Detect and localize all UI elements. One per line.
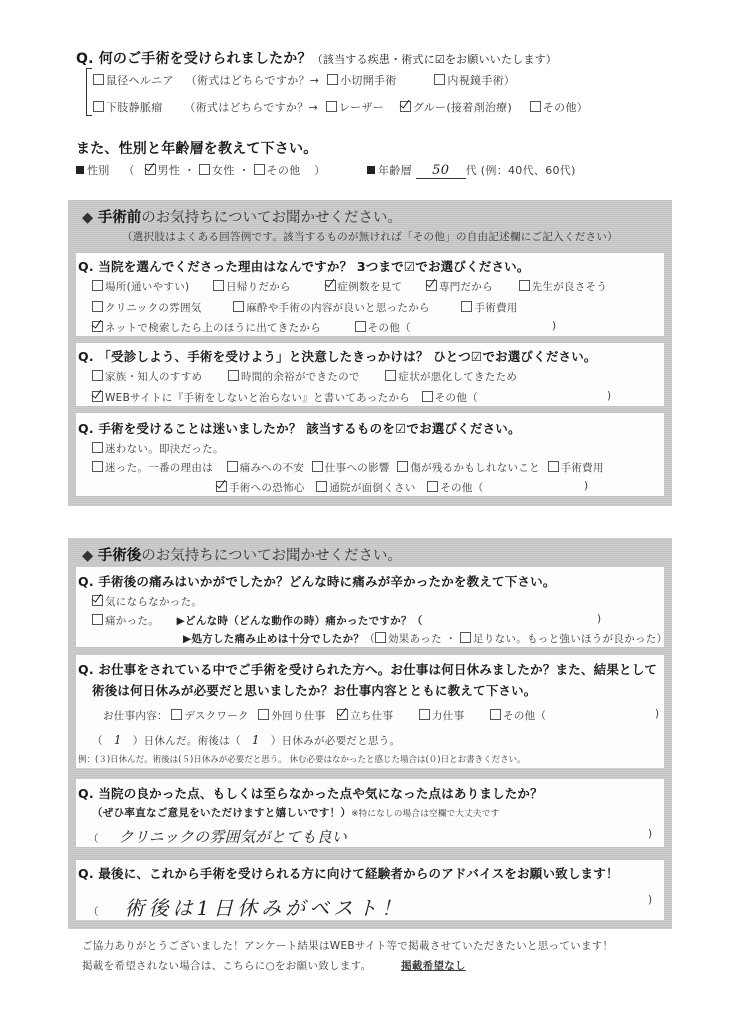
hesitate-cost-label: 手術費用 <box>561 462 604 474</box>
q-pain-row3: ▶処方した痛み止めは十分でしたか？（効果あった ・ 足りない。もっと強いほうが良… <box>183 631 667 646</box>
q1-title-text: Q. 何のご手術を受けられましたか？ <box>76 51 312 67</box>
gender-label: 性別 <box>87 164 110 177</box>
case-count-label: 症例数を見て <box>338 281 403 293</box>
days-open: （ <box>92 735 103 747</box>
hernia-prompt: （術式はどちらですか？→ <box>186 74 320 87</box>
laser-label: レーザー <box>339 101 384 114</box>
q-feedback-title: Q. 当院の良かった点、もしくは至らなかった点や気になった点はありましたか？ <box>78 784 543 802</box>
advice-answer[interactable]: 術後は1日休みがベスト！ <box>124 896 405 920</box>
q-feedback-sub: （ぜひ率直なご意見をいただけますと嬉しいです！）※特になしの場合は空欄で大丈夫で… <box>92 805 499 820</box>
checkbox-male[interactable] <box>145 164 156 175</box>
worsened-label: 症状が悪化してきたため <box>398 371 517 383</box>
checkbox-gender-other[interactable] <box>254 164 265 175</box>
reason-other-close: ) <box>552 320 556 332</box>
q-hesitate-row1: 迷わない。即決だった。 <box>92 441 224 456</box>
anesthesia-label: 麻酔や手術の内容が良いと思ったから <box>246 302 430 314</box>
age-suffix: 代 (例：40代、60代) <box>466 164 576 177</box>
no-publish-option[interactable]: 掲載希望なし <box>401 960 466 972</box>
q-hesitate-title: Q. 手術を受けることは迷いましたか？ 該当するものを☑でお選びください。 <box>78 419 521 437</box>
location-label: 場所(通いやすい) <box>105 281 189 293</box>
checkbox-physical-work[interactable] <box>419 709 430 720</box>
section-after-bold: 手術後 <box>98 548 142 564</box>
checkbox-family[interactable] <box>92 370 103 381</box>
q-work-types: お仕事内容： デスクワーク 外回り仕事 立ち仕事 力仕事 その他（ <box>103 708 546 723</box>
section-after-title: ◆ 手術後のお気持ちについてお聞かせください。 <box>82 544 402 565</box>
q-hesitate-row2: 迷った。一番の理由は 痛みへの不安 仕事への影響 傷が残るかもしれないこと 手術… <box>92 460 604 475</box>
cost-label: 手術費用 <box>474 302 517 314</box>
checkbox-hesitate-other[interactable] <box>427 481 438 492</box>
q-reason-row2: クリニックの雰囲気 麻酔や手術の内容が良いと思ったから 手術費用 <box>92 300 518 315</box>
website-label: WEBサイトに『手術をしないと治らない』と書いてあったから <box>105 392 410 404</box>
pain-anxiety-label: 痛みへの不安 <box>240 462 305 474</box>
q-reason-title: Q. 当院を選んでくださった理由はなんですか？ 3つまで☑でお選びください。 <box>78 257 530 275</box>
days-off-value: 1 <box>114 733 122 747</box>
checkbox-specialist[interactable] <box>426 280 437 291</box>
q-reason-row3: ネットで検索したら上のほうに出てきたから その他（ <box>92 320 411 335</box>
checkbox-good-doctor[interactable] <box>519 280 530 291</box>
checkbox-free-time[interactable] <box>228 370 239 381</box>
no-hesitate-label: 迷わない。即決だった。 <box>105 443 224 455</box>
bullet-square-icon <box>76 166 84 174</box>
checkbox-work-other[interactable] <box>490 709 501 720</box>
desk-work-label: デスクワーク <box>184 710 248 722</box>
work-other-close: ) <box>655 708 659 720</box>
trigger-other-close: ) <box>607 390 611 402</box>
checkbox-endoscopic[interactable] <box>434 74 445 85</box>
footer-thanks: ご協力ありがとうございました！アンケート結果はWEBサイト等で掲載させていただき… <box>82 938 613 953</box>
section-after-rest: のお気持ちについてお聞かせください。 <box>141 548 402 564</box>
free-time-label: 時間的余裕ができたので <box>241 371 360 383</box>
q-work-days: （1）日休んだ。術後は（1）日休みが必要だと思う。 <box>92 733 400 748</box>
days-needed-field[interactable]: 1 <box>241 733 271 747</box>
checkbox-reason-other[interactable] <box>355 321 366 332</box>
hesitate-other-label: その他（ <box>440 482 483 494</box>
checkbox-no-pain[interactable] <box>92 595 103 606</box>
days-off-field[interactable]: 1 <box>103 733 133 747</box>
field-work-label: 外回り仕事 <box>271 710 325 722</box>
net-search-label: ネットで検索したら上のほうに出てきたから <box>105 322 321 334</box>
checkbox-worsened[interactable] <box>385 370 396 381</box>
checkbox-no-hesitate[interactable] <box>92 442 103 453</box>
hesitated-label: 迷った。一番の理由は <box>105 462 213 474</box>
checkbox-scar[interactable] <box>397 461 408 472</box>
gender-row: 性別 （ 男性 ・ 女性 ・ その他 ） <box>76 162 326 178</box>
female-label: 女性 <box>212 164 235 177</box>
q-trigger-row1: 家族・知人のすすめ 時間的余裕ができたので 症状が悪化してきたため <box>92 369 517 384</box>
pain-when-close: ) <box>597 613 601 625</box>
advice-answer-row: （ 術後は1日休みがベスト！ <box>88 892 405 921</box>
age-value: 50 <box>432 163 449 178</box>
scar-label: 傷が残るかもしれないこと <box>410 462 540 474</box>
q1-bracket <box>86 68 92 116</box>
other-method-label: その他） <box>543 101 588 114</box>
age-field[interactable]: 50 <box>416 163 466 179</box>
q1-row-varicose: 下肢静脈瘤 （術式はどちらですか？→ レーザー グルー(接着剤治療) その他） <box>93 99 588 115</box>
physical-work-label: 力仕事 <box>432 710 464 722</box>
demographics-title: また、性別と年齢層を教えて下さい。 <box>76 138 317 158</box>
section-before-subtitle: （選択肢はよくある回答例です。該当するものが無ければ「その他」の自由記述欄にご記… <box>122 229 618 244</box>
footer-publish-text: 掲載を希望されない場合は、こちらに○をお願い致します。 <box>82 960 371 972</box>
pain-when-prompt: ▶どんな時（どんな動作の時）痛かったですか？（ <box>177 615 423 627</box>
checkbox-cost[interactable] <box>461 301 472 312</box>
fear-label: 手術への恐怖心 <box>229 482 305 494</box>
q-pain-title: Q. 手術後の痛みはいかがでしたか？どんな時に痛みが辛かったかを教えて下さい。 <box>78 572 556 590</box>
checkbox-commute[interactable] <box>316 481 327 492</box>
q1-title: Q. 何のご手術を受けられましたか？（該当する疾患・術式に☑をお願いいたします） <box>76 48 557 68</box>
q-hesitate-row3: 手術への恐怖心 通院が面倒くさい その他（ <box>216 480 484 495</box>
checkbox-glue[interactable] <box>400 101 411 112</box>
advice-close: ) <box>648 894 652 906</box>
sep: ・ <box>238 164 249 177</box>
checkbox-other-method[interactable] <box>530 101 541 112</box>
section-before-rest: のお気持ちについてお聞かせください。 <box>141 210 402 226</box>
checkbox-atmosphere[interactable] <box>92 301 103 312</box>
med-open: （ <box>364 633 375 645</box>
advice-open: （ <box>88 906 99 918</box>
checkbox-day-surgery[interactable] <box>213 280 224 291</box>
family-label: 家族・知人のすすめ <box>105 371 202 383</box>
feedback-sub-bold: （ぜひ率直なご意見をいただけますと嬉しいです！） <box>92 807 351 819</box>
checkbox-trigger-other[interactable] <box>422 391 433 402</box>
age-row: 年齢層 50代 (例：40代、60代) <box>367 162 576 179</box>
checkbox-work-impact[interactable] <box>312 461 323 472</box>
good-doctor-label: 先生が良さそう <box>532 281 608 293</box>
pain-label: 痛かった。 <box>105 615 159 627</box>
hernia-label: 鼠径ヘルニア <box>106 74 174 87</box>
gender-open: （ <box>123 164 134 177</box>
specialist-label: 専門だから <box>439 281 493 293</box>
footer-publish-row: 掲載を希望されない場合は、こちらに○をお願い致します。 掲載希望なし <box>82 958 466 973</box>
checkbox-anesthesia[interactable] <box>233 301 244 312</box>
standing-work-label: 立ち仕事 <box>350 710 393 722</box>
checkbox-net-search[interactable] <box>92 321 103 332</box>
checkbox-female[interactable] <box>199 164 210 175</box>
feedback-answer[interactable]: クリニックの雰囲気がとても良い <box>118 828 347 846</box>
checkbox-hernia[interactable] <box>93 74 104 85</box>
small-incision-label: 小切開手術 <box>340 74 397 87</box>
checkbox-med-effective[interactable] <box>375 632 386 643</box>
varicose-prompt: （術式はどちらですか？→ <box>184 101 318 114</box>
med-insufficient-label: 足りない。もっと強いほうが良かった） <box>473 633 667 645</box>
q-trigger-title: Q. 「受診しよう、手術を受けよう」と決意したきっかけは？ ひとつ☑でお選びくだ… <box>78 347 597 365</box>
glue-label: グルー(接着剤治療) <box>413 101 512 114</box>
checkbox-pain[interactable] <box>92 614 103 625</box>
day-surgery-label: 日帰りだから <box>226 281 291 293</box>
work-impact-label: 仕事への影響 <box>325 462 390 474</box>
days-off-text: ）日休んだ。術後は（ <box>133 735 241 747</box>
q-trigger-row2: WEBサイトに『手術をしないと治らない』と書いてあったから その他（ <box>92 390 478 405</box>
q-work-example: 例：(３)日休んだ。術後は(５)日休みが必要だと思う。 休む必要はなかったと感じ… <box>78 753 526 765</box>
checkbox-hesitated[interactable] <box>92 461 103 472</box>
checkbox-field-work[interactable] <box>258 709 269 720</box>
med-prompt: ▶処方した痛み止めは十分でしたか？ <box>183 633 364 645</box>
days-needed-value: 1 <box>252 733 260 747</box>
q1-row-hernia: 鼠径ヘルニア （術式はどちらですか？→ 小切開手術 内視鏡手術） <box>93 72 515 88</box>
checkbox-pain-anxiety[interactable] <box>227 461 238 472</box>
checkbox-desk-work[interactable] <box>171 709 182 720</box>
work-label: お仕事内容： <box>103 710 168 722</box>
med-effective-label: 効果あった <box>388 633 442 645</box>
q-advice-title: Q. 最後に、これから手術を受けられる方に向けて経験者からのアドバイスをお願い致… <box>78 864 619 882</box>
feedback-sub-note: ※特になしの場合は空欄で大丈夫です <box>351 809 499 819</box>
commute-label: 通院が面倒くさい <box>329 482 415 494</box>
checkbox-location[interactable] <box>92 280 103 291</box>
feedback-close: ) <box>648 828 652 840</box>
diamond-icon: ◆ <box>82 548 93 564</box>
checkbox-standing-work[interactable] <box>337 709 348 720</box>
reason-other-label: その他（ <box>368 322 411 334</box>
section-before-bold: 手術前 <box>98 210 142 226</box>
q1-note: （該当する疾患・術式に☑をお願いいたします） <box>312 53 557 66</box>
bullet-square-icon <box>367 166 375 174</box>
hesitate-other-close: ) <box>584 480 588 492</box>
gender-close: ） <box>314 164 325 177</box>
work-other-label: その他（ <box>503 710 546 722</box>
q-pain-row2: 痛かった。 ▶どんな時（どんな動作の時）痛かったですか？（ <box>92 613 423 628</box>
checkbox-case-count[interactable] <box>325 280 336 291</box>
q-work-title-2: 術後は何日休みが必要だと思いましたか？お仕事内容とともに教えて下さい。 <box>92 681 537 699</box>
q-reason-row1: 場所(通いやすい) 日帰りだから 症例数を見て 専門だから 先生が良さそう <box>92 279 607 294</box>
checkbox-varicose[interactable] <box>93 101 104 112</box>
sep: ・ <box>184 164 195 177</box>
q-work-title-1: Q. お仕事をされている中でご手術を受けられた方へ。お仕事は何日休みましたか？ま… <box>78 660 657 678</box>
gender-other-label: その他 <box>267 164 301 177</box>
atmosphere-label: クリニックの雰囲気 <box>105 302 202 314</box>
checkbox-fear[interactable] <box>216 481 227 492</box>
checkbox-hesitate-cost[interactable] <box>548 461 559 472</box>
days-needed-text: ）日休みが必要だと思う。 <box>271 735 401 747</box>
checkbox-med-insufficient[interactable] <box>460 632 471 643</box>
no-pain-label: 気にならなかった。 <box>105 596 202 608</box>
checkbox-small-incision[interactable] <box>327 74 338 85</box>
q-pain-row1: 気にならなかった。 <box>92 594 202 609</box>
trigger-other-label: その他（ <box>435 392 478 404</box>
age-label: 年齢層 <box>378 164 412 177</box>
feedback-answer-row: （ クリニックの雰囲気がとても良い <box>88 826 347 847</box>
endoscopic-label: 内視鏡手術） <box>447 74 515 87</box>
diamond-icon: ◆ <box>82 210 93 226</box>
male-label: 男性 <box>158 164 181 177</box>
sep: ・ <box>446 633 457 645</box>
section-before-title: ◆ 手術前のお気持ちについてお聞かせください。 <box>82 206 402 227</box>
checkbox-laser[interactable] <box>326 101 337 112</box>
varicose-label: 下肢静脈瘤 <box>106 101 163 114</box>
feedback-open: （ <box>88 833 99 845</box>
checkbox-website[interactable] <box>92 391 103 402</box>
